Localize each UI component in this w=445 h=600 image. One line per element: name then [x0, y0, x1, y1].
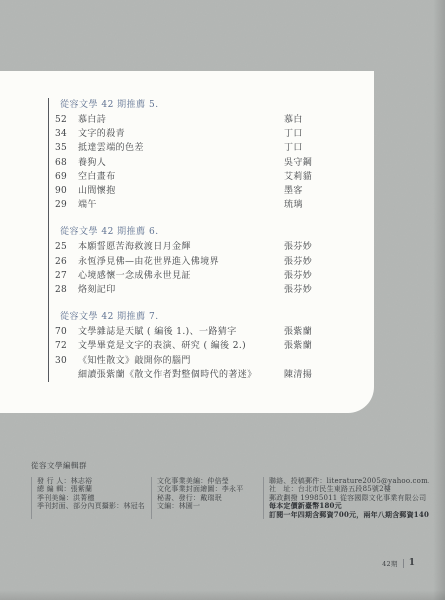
entry-author: 張芬妙 — [284, 240, 373, 254]
footer-page-number: 1 — [409, 558, 415, 568]
entry-author: 丁口 — [284, 127, 373, 141]
toc-row: 28烙刻記印張芬妙 — [55, 283, 373, 297]
entry-title: 永恆淨見佛—由花世界進入佛境界 — [78, 255, 284, 269]
entry-author: 張芬妙 — [284, 269, 373, 283]
entry-page-number: 68 — [55, 156, 78, 170]
editorial-line: 聯絡、投稿郵件：literature2005@yahoo.com.tw — [269, 477, 429, 485]
scan-edge-shadow-right — [433, 0, 445, 600]
editorial-column: 發 行 人：林志裕總 編 輯：張紫蘭季刊美編：洪菁穗季刊封面、部分內頁攝影：林冠… — [31, 477, 151, 519]
issue-label: 42期 — [382, 559, 398, 568]
editorial-column: 文化事業美編：仲倍瑩文化事業封面繪圖：李永平秘書、發行：戴瑞珉文編：林園一 — [151, 477, 263, 519]
entry-author: 丁口 — [284, 141, 373, 155]
toc-row: 30《知性散文》敲開你的腦門細讀張紫蘭《散文作者對整個時代的著迷》陳清揚 — [55, 354, 373, 382]
toc-section: 從容文學 42 期推薦 7.70文學雜誌是天賦 ( 編後 1.)、一路猜字張紫蘭… — [55, 310, 373, 382]
toc-row: 90山間懷抱墨客 — [55, 184, 373, 198]
entry-page-number: 35 — [55, 141, 78, 155]
editorial-line: 文化事業美編：仲倍瑩 — [157, 477, 263, 485]
scanned-magazine-page: { "colors": { "background_gray": "#b5b8b… — [0, 0, 445, 600]
entry-title: 本願誓愿苦海救渡日月金輝 — [78, 240, 284, 254]
toc-row: 25本願誓愿苦海救渡日月金輝張芬妙 — [55, 240, 373, 254]
editorial-column: 聯絡、投稿郵件：literature2005@yahoo.com.tw社 址：台… — [263, 477, 429, 519]
footer-divider — [403, 559, 404, 568]
toc-row: 72文學畢竟是文字的表演、研究 ( 編後 2.)張紫蘭 — [55, 339, 373, 353]
entry-page-number: 69 — [55, 170, 78, 184]
entry-author: 吳守鋼 — [284, 156, 373, 170]
entry-title: 文字的殺青 — [78, 127, 284, 141]
editorial-line: 每本定價新臺幣180元 — [269, 502, 429, 510]
toc-row: 35抵達雲端的色差丁口 — [55, 141, 373, 155]
entry-author: 張芬妙 — [284, 283, 373, 297]
editorial-line: 社 址：台北市民生東路五段85號2樓 — [269, 485, 429, 493]
entry-author: 陳清揚 — [284, 368, 373, 382]
toc-row: 34文字的殺青丁口 — [55, 127, 373, 141]
entry-page-number: 25 — [55, 240, 78, 254]
entry-title: 空白畫布 — [78, 170, 284, 184]
entry-author: 張紫蘭 — [284, 339, 373, 353]
editorial-line: 文編：林園一 — [157, 502, 263, 510]
entry-page-number: 72 — [55, 339, 78, 353]
entry-author: 張紫蘭 — [284, 325, 373, 339]
entry-title: 文學畢竟是文字的表演、研究 ( 編後 2.) — [78, 339, 284, 353]
entry-author: 琉璃 — [284, 198, 373, 212]
editorial-line: 季刊封面、部分內頁攝影：林冠名 — [37, 502, 151, 510]
entry-page-number: 27 — [55, 269, 78, 283]
entry-author: 墨客 — [284, 184, 373, 198]
entry-title: 養狗人 — [78, 156, 284, 170]
entry-page-number: 70 — [55, 325, 78, 339]
entry-page-number: 90 — [55, 184, 78, 198]
entry-title: 慕白詩 — [78, 113, 284, 127]
entry-title: 文學雜誌是天賦 ( 編後 1.)、一路猜字 — [78, 325, 284, 339]
entry-title: 端午 — [78, 198, 284, 212]
editorial-group-title: 從容文學編輯群 — [31, 461, 87, 470]
editorial-line: 郵政劃撥 19985011 從容國際文化事業有限公司 — [269, 494, 429, 502]
toc-row: 29端午琉璃 — [55, 198, 373, 212]
entry-author: 艾莉貓 — [284, 170, 373, 184]
scan-edge-shadow-bottom — [0, 590, 445, 600]
toc-row: 69空白畫布艾莉貓 — [55, 170, 373, 184]
entry-subtitle: 細讀張紫蘭《散文作者對整個時代的著迷》 — [78, 368, 284, 382]
toc-section: 從容文學 42 期推薦 6.25本願誓愿苦海救渡日月金輝張芬妙26永恆淨見佛—由… — [55, 225, 373, 297]
table-of-contents: 從容文學 42 期推薦 5.52慕白詩慕白34文字的殺青丁口35抵達雲端的色差丁… — [48, 98, 373, 382]
entry-title: 心境感懷一念成佛永世見証 — [78, 269, 284, 283]
editorial-block: 發 行 人：林志裕總 編 輯：張紫蘭季刊美編：洪菁穗季刊封面、部分內頁攝影：林冠… — [31, 477, 429, 519]
toc-section: 從容文學 42 期推薦 5.52慕白詩慕白34文字的殺青丁口35抵達雲端的色差丁… — [55, 98, 373, 212]
toc-row: 70文學雜誌是天賦 ( 編後 1.)、一路猜字張紫蘭 — [55, 325, 373, 339]
entry-title: 烙刻記印 — [78, 283, 284, 297]
entry-page-number: 52 — [55, 113, 78, 127]
editorial-line: 季刊美編：洪菁穗 — [37, 494, 151, 502]
entry-title: 山間懷抱 — [78, 184, 284, 198]
section-header: 從容文學 42 期推薦 5. — [60, 98, 373, 112]
editorial-line: 訂閱一年四期含郵資700元，兩年八期含郵資1400元 — [269, 511, 429, 519]
toc-row: 68養狗人吳守鋼 — [55, 156, 373, 170]
entry-page-number: 30 — [55, 354, 78, 382]
footer-page-indicator: 42期 1 — [382, 558, 415, 568]
editorial-line: 文化事業封面繪圖：李永平 — [157, 485, 263, 493]
section-header: 從容文學 42 期推薦 7. — [60, 310, 373, 324]
section-header: 從容文學 42 期推薦 6. — [60, 225, 373, 239]
editorial-line: 發 行 人：林志裕 — [37, 477, 151, 485]
toc-row: 27心境感懷一念成佛永世見証張芬妙 — [55, 269, 373, 283]
entry-page-number: 28 — [55, 283, 78, 297]
entry-title: 抵達雲端的色差 — [78, 141, 284, 155]
entry-page-number: 29 — [55, 198, 78, 212]
entry-page-number: 26 — [55, 255, 78, 269]
entry-title: 《知性散文》敲開你的腦門細讀張紫蘭《散文作者對整個時代的著迷》 — [78, 354, 284, 382]
toc-row: 26永恆淨見佛—由花世界進入佛境界張芬妙 — [55, 255, 373, 269]
entry-author: 張芬妙 — [284, 255, 373, 269]
editorial-line: 總 編 輯：張紫蘭 — [37, 485, 151, 493]
entry-page-number: 34 — [55, 127, 78, 141]
entry-author: 慕白 — [284, 113, 373, 127]
toc-row: 52慕白詩慕白 — [55, 113, 373, 127]
editorial-line: 秘書、發行：戴瑞珉 — [157, 494, 263, 502]
